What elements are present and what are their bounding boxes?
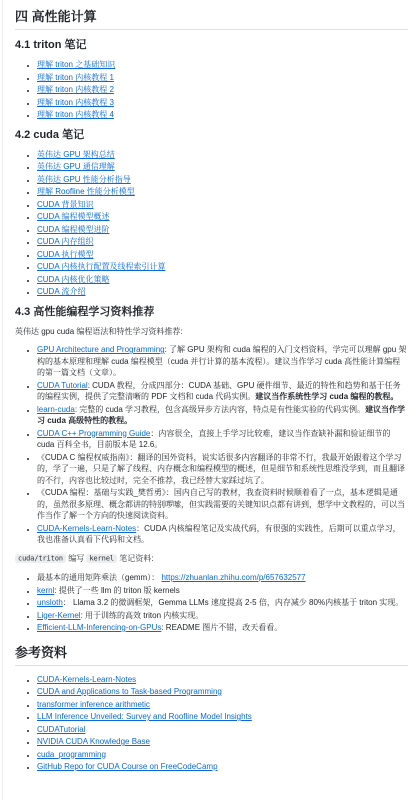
text-run: 英伟达 gpu cuda 编程语法和特性学习资料推荐:: [15, 327, 183, 336]
doc-link[interactable]: CUDA 编程模型进阶: [37, 225, 109, 234]
doc-link[interactable]: CUDA Tutorial: [37, 381, 88, 390]
doc-link[interactable]: 英伟达 GPU 通信理解: [37, 162, 115, 171]
list-item: CUDA-Kernels-Learn-Notes：CUDA 内核编程笔记及实战代…: [37, 523, 408, 546]
doc-link[interactable]: 理解 Roofline 性能分析模型: [37, 187, 135, 196]
readme-document: 四 高性能计算4.1 triton 笔记理解 triton 之基础知识理解 tr…: [15, 8, 408, 773]
list-item: CUDA and Applications to Task-based Prog…: [37, 686, 408, 698]
list-item: CUDA 编程模型概述: [37, 211, 408, 223]
list-item: CUDA 编程模型进阶: [37, 224, 408, 236]
list-item: LLM Inference Unveiled: Survey and Roofl…: [37, 711, 408, 723]
text-run: : README 图片不错，改天看看。: [161, 623, 282, 632]
doc-link[interactable]: learn-cuda: [37, 405, 75, 414]
list-item: Efficient-LLM-Inferencing-on-GPUs: READM…: [37, 622, 408, 634]
list-item: 《CUDA C 编程权威指南》：翻译的国外资料，说实话很多内容翻译的非常不行，我…: [37, 452, 408, 487]
text-run: : 提供了一些 llm 的 triton 版 kernels: [54, 586, 179, 595]
list-item: GPU Architecture and Programming: 了解 GPU…: [37, 344, 408, 379]
doc-link[interactable]: CUDA 流介绍: [37, 287, 85, 296]
list-item: 理解 triton 内核教程 1: [37, 72, 408, 84]
list-item: CUDA 内核执行配置及线程索引计算: [37, 261, 408, 273]
bold-text: 建议当作系统性学习 cuda 编程的教程。: [255, 392, 398, 401]
list-item: CUDA 执行模型: [37, 249, 408, 261]
list-item: 英伟达 GPU 性能分析指导: [37, 174, 408, 186]
list-item: 《CUDA 编程：基础与实践_樊哲勇》：国内自己写的教材，我查资料时候顺着看了一…: [37, 487, 408, 522]
text-run: 《CUDA C 编程权威指南》：翻译的国外资料，说实话很多内容翻译的非常不行，我…: [37, 453, 405, 485]
page: 四 高性能计算4.1 triton 笔记理解 triton 之基础知识理解 tr…: [2, 0, 417, 800]
doc-link[interactable]: CUDATutorial: [37, 725, 85, 734]
list-item: unsloth： Llama 3.2 的微调框架，Gemma LLMs 速度提高…: [37, 597, 408, 609]
references-list: CUDA-Kernels-Learn-NotesCUDA and Applica…: [15, 674, 408, 773]
doc-link[interactable]: Liger-Kernel: [37, 611, 81, 620]
doc-link[interactable]: 英伟达 GPU 性能分析指导: [37, 175, 131, 184]
doc-link[interactable]: Efficient-LLM-Inferencing-on-GPUs: [37, 623, 161, 632]
doc-link[interactable]: GitHub Repo for CUDA Course on FreeCodeC…: [37, 762, 218, 771]
heading-4-1-triton-notes: 4.1 triton 笔记: [15, 38, 408, 53]
doc-link[interactable]: CUDA 内核执行配置及线程索引计算: [37, 262, 165, 271]
doc-link[interactable]: https://zhuanlan.zhihu.com/p/657632577: [161, 573, 305, 582]
list-item: 英伟达 GPU 通信理解: [37, 161, 408, 173]
inline-code: kernel: [86, 554, 117, 563]
doc-link[interactable]: 理解 triton 内核教程 4: [37, 110, 114, 119]
list-item: CUDA 流介绍: [37, 286, 408, 298]
text-run: 《CUDA 编程：基础与实践_樊哲勇》：国内自己写的教材，我查资料时候顺着看了一…: [37, 488, 405, 520]
text-run: ： Llama 3.2 的微调框架，Gemma LLMs 速度提高 2-5 倍，…: [63, 598, 404, 607]
heading-4-2-cuda-notes: 4.2 cuda 笔记: [15, 128, 408, 143]
doc-link[interactable]: CUDA and Applications to Task-based Prog…: [37, 687, 222, 696]
list-item: learn-cuda: 完整的 cuda 学习教程，包含高级异步方法内容，特点是…: [37, 404, 408, 427]
text-run: : 完整的 cuda 学习教程，包含高级异步方法内容，特点是有性能实验的代码实例…: [75, 405, 365, 414]
doc-link[interactable]: CUDA 编程模型概述: [37, 212, 109, 221]
kernel-notes-intro: cuda/triton 编写 kernel 笔记资料:: [15, 553, 408, 566]
text-run: 笔记资料:: [117, 554, 153, 563]
doc-link[interactable]: 英伟达 GPU 架构总结: [37, 150, 115, 159]
list-item: CUDA-Kernels-Learn-Notes: [37, 674, 408, 686]
cuda-notes-list: 英伟达 GPU 架构总结英伟达 GPU 通信理解英伟达 GPU 性能分析指导理解…: [15, 149, 408, 298]
doc-link[interactable]: cuda_programming: [37, 750, 106, 759]
list-item: CUDA Tutorial: CUDA 教程，分成四部分：CUDA 基础、GPU…: [37, 380, 408, 403]
list-item: CUDA C++ Programming Guide：内容很全，直接上手学习比较…: [37, 428, 408, 451]
list-item: NVIDIA CUDA Knowledge Base: [37, 736, 408, 748]
list-item: 最基本的通用矩阵乘法（gemm）： https://zhuanlan.zhihu…: [37, 572, 408, 584]
list-item: CUDA 背景知识: [37, 199, 408, 211]
doc-link[interactable]: CUDA 背景知识: [37, 200, 93, 209]
heading-section-4: 四 高性能计算: [15, 8, 408, 30]
list-item: CUDA 内核优化策略: [37, 274, 408, 286]
doc-link[interactable]: CUDA 内核优化策略: [37, 275, 109, 284]
doc-link[interactable]: 理解 triton 内核教程 1: [37, 73, 114, 82]
list-item: Liger-Kernel: 用于训练的高效 triton 内核实现。: [37, 610, 408, 622]
doc-link[interactable]: CUDA 内存组织: [37, 237, 93, 246]
list-item: kernl: 提供了一些 llm 的 triton 版 kernels: [37, 585, 408, 597]
doc-link[interactable]: CUDA 执行模型: [37, 250, 93, 259]
list-item: CUDA 内存组织: [37, 236, 408, 248]
list-item: 理解 triton 之基础知识: [37, 59, 408, 71]
doc-link[interactable]: CUDA C++ Programming Guide: [37, 429, 150, 438]
list-item: cuda_programming: [37, 749, 408, 761]
doc-link[interactable]: unsloth: [37, 598, 63, 607]
doc-link[interactable]: LLM Inference Unveiled: Survey and Roofl…: [37, 712, 252, 721]
text-run: : 用于训练的高效 triton 内核实现。: [81, 611, 204, 620]
heading-references: 参考资料: [15, 644, 408, 666]
doc-link[interactable]: transformer inference arithmetic: [37, 700, 150, 709]
doc-link[interactable]: 理解 triton 之基础知识: [37, 60, 115, 69]
list-item: 理解 triton 内核教程 3: [37, 97, 408, 109]
text-run: 最基本的通用矩阵乘法（gemm）：: [37, 573, 161, 582]
doc-link[interactable]: GPU Architecture and Programming: [37, 345, 165, 354]
doc-link[interactable]: NVIDIA CUDA Knowledge Base: [37, 737, 150, 746]
inline-code: cuda/triton: [15, 554, 66, 563]
doc-link[interactable]: 理解 triton 内核教程 3: [37, 98, 114, 107]
triton-notes-list: 理解 triton 之基础知识理解 triton 内核教程 1理解 triton…: [15, 59, 408, 121]
kernel-notes-list: 最基本的通用矩阵乘法（gemm）： https://zhuanlan.zhihu…: [15, 572, 408, 634]
list-item: CUDATutorial: [37, 724, 408, 736]
list-item: 理解 triton 内核教程 4: [37, 109, 408, 121]
learning-resources-list: GPU Architecture and Programming: 了解 GPU…: [15, 344, 408, 546]
doc-link[interactable]: 理解 triton 内核教程 2: [37, 85, 114, 94]
doc-link[interactable]: kernl: [37, 586, 54, 595]
list-item: GitHub Repo for CUDA Course on FreeCodeC…: [37, 761, 408, 773]
doc-link[interactable]: CUDA-Kernels-Learn-Notes: [37, 524, 136, 533]
heading-4-3-learning-resources: 4.3 高性能编程学习资料推荐: [15, 305, 408, 320]
doc-link[interactable]: CUDA-Kernels-Learn-Notes: [37, 675, 136, 684]
list-item: transformer inference arithmetic: [37, 699, 408, 711]
list-item: 理解 Roofline 性能分析模型: [37, 186, 408, 198]
resources-intro: 英伟达 gpu cuda 编程语法和特性学习资料推荐:: [15, 326, 408, 338]
text-run: 编写: [66, 554, 86, 563]
list-item: 理解 triton 内核教程 2: [37, 84, 408, 96]
list-item: 英伟达 GPU 架构总结: [37, 149, 408, 161]
